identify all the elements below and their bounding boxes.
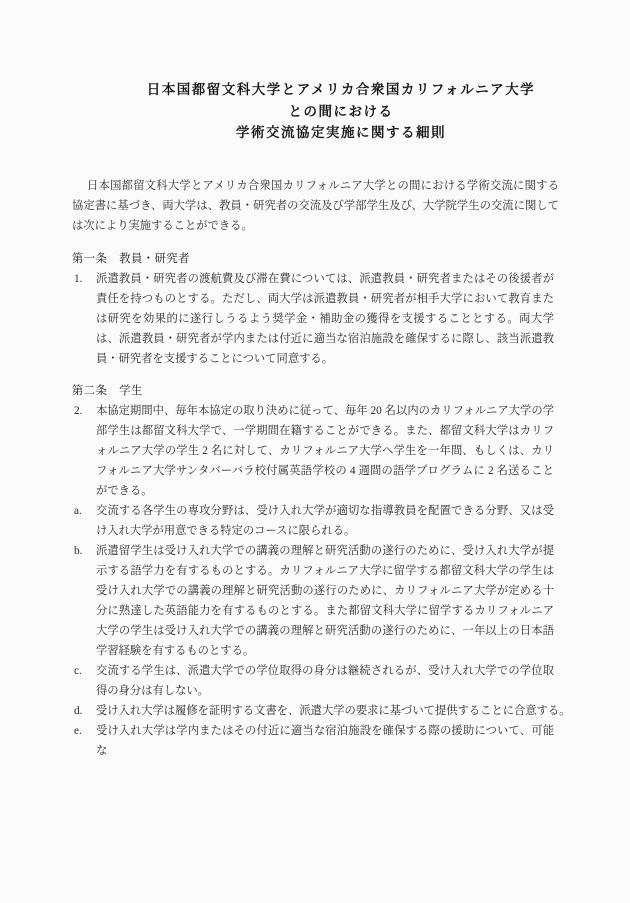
document-content: 日本国都留文科大学とアメリカ合衆国カリフォルニア大学 との間における 学術交流協… bbox=[0, 79, 630, 761]
clause-2c-text: 交流する学生は、派遣大学での学位取得の身分は継続されるが、受け入れ大学での学位取… bbox=[96, 665, 554, 697]
clause-2c-marker: c. bbox=[74, 661, 82, 681]
clause-2e-text: 受け入れ大学は学内またはその付近に適当な宿泊施設を確保する際の援助について、可能… bbox=[96, 725, 554, 757]
title-line-1: 日本国都留文科大学とアメリカ合衆国カリフォルニア大学 bbox=[72, 79, 610, 101]
clause-2a-item: a. 交流する各学生の専攻分野は、受け入れ大学が適切な指導教員を配置できる分野、… bbox=[72, 501, 554, 541]
document-page: 日本国都留文科大学とアメリカ合衆国カリフォルニア大学 との間における 学術交流協… bbox=[0, 0, 630, 903]
clause-1-marker: 1. bbox=[74, 269, 82, 289]
clause-2-text: 本協定期間中、毎年本協定の取り決めに従って、毎年 20 名以内のカリフォルニア大… bbox=[96, 405, 554, 497]
clause-1-item: 1. 派遣教員・研究者の渡航費及び滞在費については、派遣教員・研究者またはその後… bbox=[72, 269, 554, 369]
clause-2-marker: 2. bbox=[74, 401, 82, 421]
clause-1-text: 派遣教員・研究者の渡航費及び滞在費については、派遣教員・研究者またはその後援者が… bbox=[96, 273, 554, 365]
clause-2-item: 2. 本協定期間中、毎年本協定の取り決めに従って、毎年 20 名以内のカリフォル… bbox=[72, 401, 554, 501]
clause-2d-marker: d. bbox=[74, 701, 82, 721]
clause-2b-marker: b. bbox=[74, 541, 82, 561]
intro-paragraph: 日本国都留文科大学とアメリカ合衆国カリフォルニア大学との間における学術交流に関す… bbox=[72, 176, 559, 236]
title-line-2: との間における bbox=[72, 101, 610, 123]
document-title: 日本国都留文科大学とアメリカ合衆国カリフォルニア大学 との間における 学術交流協… bbox=[72, 79, 610, 144]
clause-2d-item: d. 受け入れ大学は履修を証明する文書を、派遣大学の要求に基づいて提供することに… bbox=[72, 701, 554, 721]
clause-2d-text: 受け入れ大学は履修を証明する文書を、派遣大学の要求に基づいて提供することに合意す… bbox=[96, 705, 570, 717]
clause-2e-item: e. 受け入れ大学は学内またはその付近に適当な宿泊施設を確保する際の援助について… bbox=[72, 721, 554, 761]
clause-2a-text: 交流する各学生の専攻分野は、受け入れ大学が適切な指導教員を配置できる分野、又は受… bbox=[96, 505, 554, 537]
clause-2e-marker: e. bbox=[74, 721, 82, 741]
clause-2b-text: 派遣留学生は受け入れ大学での講義の理解と研究活動の遂行のために、受け入れ大学が提… bbox=[96, 545, 554, 657]
section-1-heading: 第一条 教員・研究者 bbox=[72, 249, 630, 269]
title-line-3: 学術交流協定実施に関する細則 bbox=[72, 122, 610, 144]
section-2-heading: 第二条 学生 bbox=[72, 381, 630, 401]
clause-2a-marker: a. bbox=[74, 501, 82, 521]
clause-2c-item: c. 交流する学生は、派遣大学での学位取得の身分は継続されるが、受け入れ大学での… bbox=[72, 661, 554, 701]
clause-2b-item: b. 派遣留学生は受け入れ大学での講義の理解と研究活動の遂行のために、受け入れ大… bbox=[72, 541, 554, 661]
